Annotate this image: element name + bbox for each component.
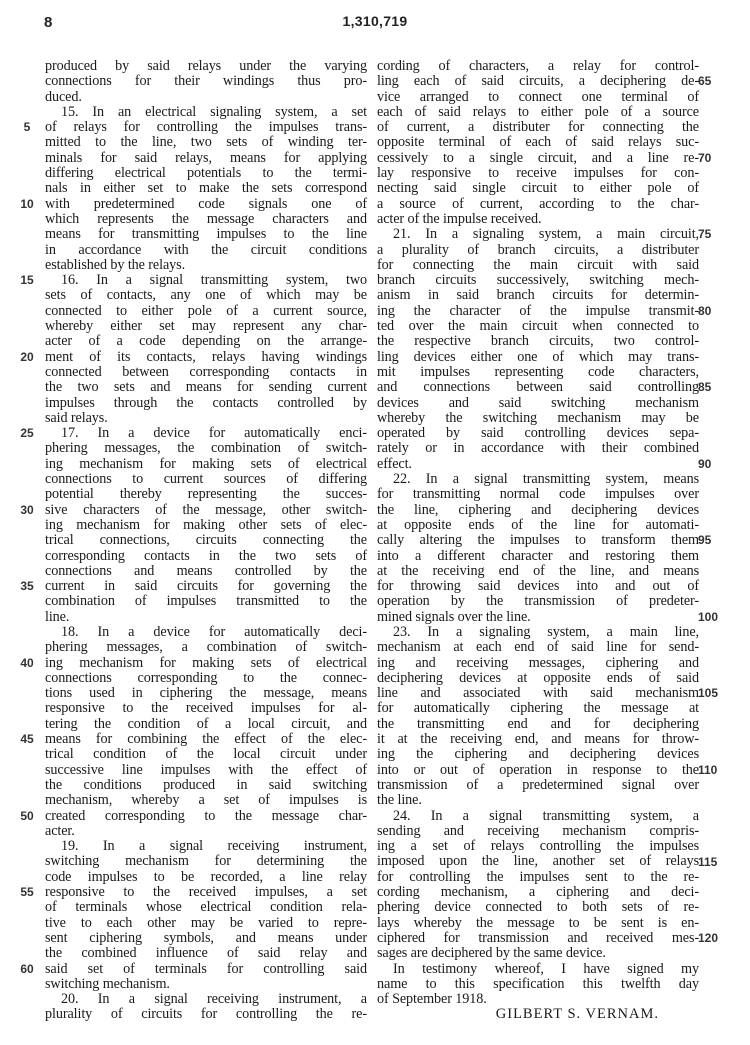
text-line: sets of contacts, any one of which may b… xyxy=(45,288,367,303)
text-line: ciphered for transmission and received m… xyxy=(377,931,699,946)
line-number: 25 xyxy=(16,426,38,441)
text-line: corresponding contacts in the two sets o… xyxy=(45,549,367,564)
line-number: 60 xyxy=(16,962,38,977)
text-line: for transmitting normal code impulses ov… xyxy=(377,487,699,502)
text-line: name to this specification this twelfth … xyxy=(377,977,699,992)
text-line: responsive to the received impulses for … xyxy=(45,701,367,716)
text-line: code impulses to be recorded, a line rel… xyxy=(45,870,367,885)
line-number: 65 xyxy=(698,74,728,89)
text-line: ing mechanism for making other sets of e… xyxy=(45,518,367,533)
text-line: cording mechanism, a ciphering and deci- xyxy=(377,885,699,900)
left-column: produced by said relays under the varyin… xyxy=(45,59,367,1023)
text-line: differing electrical potentials to the t… xyxy=(45,166,367,181)
text-line: vice arranged to connect one terminal of xyxy=(377,90,699,105)
text-line: mechanism, whereby a set of impulses is xyxy=(45,793,367,808)
text-line: 19. In a signal receiving instrument, xyxy=(45,839,367,854)
line-number: 100 xyxy=(698,610,728,625)
text-line: said set of terminals for controlling sa… xyxy=(45,962,367,977)
text-line: it at the receiving end, and means for t… xyxy=(377,732,699,747)
line-number: 45 xyxy=(16,732,38,747)
line-number: 5 xyxy=(16,120,38,135)
text-line: mitted to the line, two sets of winding … xyxy=(45,135,367,150)
text-line: 22. In a signal transmitting system, mea… xyxy=(377,472,699,487)
text-line: the line, ciphering and deciphering devi… xyxy=(377,503,699,518)
text-line: impulses through the contacts controlled… xyxy=(45,396,367,411)
text-line: into or out of operation in response to … xyxy=(377,763,699,778)
text-line: 24. In a signal transmitting system, a xyxy=(377,809,699,824)
text-line: the combined influence of said relay and xyxy=(45,946,367,961)
text-line: of September 1918. xyxy=(377,992,699,1007)
text-line: cording of characters, a relay for contr… xyxy=(377,59,699,74)
text-line: anism in said branch circuits for determ… xyxy=(377,288,699,303)
line-number: 15 xyxy=(16,273,38,288)
right-column: cording of characters, a relay for contr… xyxy=(377,59,699,1023)
line-number: 20 xyxy=(16,350,38,365)
text-line: ment of its contacts, relays having wind… xyxy=(45,350,367,365)
line-number: 120 xyxy=(698,931,728,946)
text-line: with predetermined code signals one of xyxy=(45,197,367,212)
text-line: the respective branch circuits, two cont… xyxy=(377,334,699,349)
text-line: connections to current sources of differ… xyxy=(45,472,367,487)
text-line: operation by the transmission of predete… xyxy=(377,594,699,609)
text-line: In testimony whereof, I have signed my xyxy=(377,962,699,977)
text-line: tering the condition of a local circuit,… xyxy=(45,717,367,732)
text-line: line and associated with said mechanism xyxy=(377,686,699,701)
text-line: nals in either set to make the sets corr… xyxy=(45,181,367,196)
text-line: of relays for controlling the impulses t… xyxy=(45,120,367,135)
signature: GILBERT S. VERNAM. xyxy=(377,1007,699,1022)
line-number: 10 xyxy=(16,197,38,212)
text-line: for throwing said devices into and out o… xyxy=(377,579,699,594)
line-number: 75 xyxy=(698,227,728,242)
line-number: 40 xyxy=(16,656,38,671)
text-line: opposite terminal of each of said relays… xyxy=(377,135,699,150)
line-number: 90 xyxy=(698,457,728,472)
text-line: sending and receiving mechanism compris- xyxy=(377,824,699,839)
text-line: rately or in accordance with their combi… xyxy=(377,441,699,456)
text-line: effect. xyxy=(377,457,699,472)
text-line: cessively to a single circuit, and a lin… xyxy=(377,151,699,166)
text-line: the line. xyxy=(377,793,699,808)
line-number: 50 xyxy=(16,809,38,824)
line-number: 70 xyxy=(698,151,728,166)
text-line: established by the relays. xyxy=(45,258,367,273)
line-number: 105 xyxy=(698,686,728,701)
text-line: in accordance with the circuit condition… xyxy=(45,243,367,258)
text-line: sive characters of the message, other sw… xyxy=(45,503,367,518)
text-line: branch circuits successively, switching … xyxy=(377,273,699,288)
text-line: connected to either pole of a current so… xyxy=(45,304,367,319)
text-line: duced. xyxy=(45,90,367,105)
text-line: said relays. xyxy=(45,411,367,426)
text-line: transmission of a predetermined signal o… xyxy=(377,778,699,793)
text-line: the transmitting end and for deciphering xyxy=(377,717,699,732)
text-line: phering messages, the combination of swi… xyxy=(45,441,367,456)
text-line: ing and receiving messages, ciphering an… xyxy=(377,656,699,671)
text-line: operated by said controlling devices sep… xyxy=(377,426,699,441)
text-line: means for combining the effect of the el… xyxy=(45,732,367,747)
text-line: 18. In a device for automatically deci- xyxy=(45,625,367,640)
line-number: 35 xyxy=(16,579,38,594)
text-line: 20. In a signal receiving instrument, a xyxy=(45,992,367,1007)
text-line: connections corresponding to the connec- xyxy=(45,671,367,686)
text-line: trical condition of the local circuit un… xyxy=(45,747,367,762)
line-number: 80 xyxy=(698,304,728,319)
text-line: acter of a code depending on the arrange… xyxy=(45,334,367,349)
text-line: deciphering devices at opposite ends of … xyxy=(377,671,699,686)
text-line: at opposite ends of the line for automat… xyxy=(377,518,699,533)
text-line: sent ciphering symbols, and means under xyxy=(45,931,367,946)
line-number: 30 xyxy=(16,503,38,518)
text-line: a source of current, according to the ch… xyxy=(377,197,699,212)
text-line: switching mechanism for determining the xyxy=(45,854,367,869)
text-line: phering messages, a combination of switc… xyxy=(45,640,367,655)
text-line: successive line impulses with the effect… xyxy=(45,763,367,778)
text-line: ing a set of relays controlling the impu… xyxy=(377,839,699,854)
text-line: cally altering the impulses to transform… xyxy=(377,533,699,548)
patent-number: 1,310,719 xyxy=(0,13,750,29)
text-line: combination of impulses transmitted to t… xyxy=(45,594,367,609)
text-line: mined signals over the line. xyxy=(377,610,699,625)
text-line: 15. In an electrical signaling system, a… xyxy=(45,105,367,120)
text-line: 17. In a device for automatically enci- xyxy=(45,426,367,441)
text-line: for controlling the impulses sent to the… xyxy=(377,870,699,885)
text-line: responsive to the received impulses, a s… xyxy=(45,885,367,900)
text-line: tive to each other may be varied to repr… xyxy=(45,916,367,931)
text-line: whereby the switching mechanism may be xyxy=(377,411,699,426)
line-number: 95 xyxy=(698,533,728,548)
text-line: for automatically ciphering the message … xyxy=(377,701,699,716)
text-line: the conditions produced in said switchin… xyxy=(45,778,367,793)
text-line: ling devices either one of which may tra… xyxy=(377,350,699,365)
text-line: for connecting the main circuit with sai… xyxy=(377,258,699,273)
text-line: of current, a distributer for connecting… xyxy=(377,120,699,135)
text-line: ing mechanism for making sets of electri… xyxy=(45,457,367,472)
text-line: ing mechanism for making sets of electri… xyxy=(45,656,367,671)
text-line: into a different character and restoring… xyxy=(377,549,699,564)
text-line: 21. In a signaling system, a main circui… xyxy=(377,227,699,242)
text-line: imposed upon the line, another set of re… xyxy=(377,854,699,869)
text-line: connections for their windings thus pro- xyxy=(45,74,367,89)
text-line: 23. In a signaling system, a main line, xyxy=(377,625,699,640)
text-line: and connections between said controlling xyxy=(377,380,699,395)
text-line: connected between corresponding contacts… xyxy=(45,365,367,380)
text-line: devices and said switching mechanism xyxy=(377,396,699,411)
text-line: necting said single circuit to either po… xyxy=(377,181,699,196)
text-line: 16. In a signal transmitting system, two xyxy=(45,273,367,288)
text-line: of terminals whose electrical condition … xyxy=(45,900,367,915)
text-line: ted over the main circuit when connected… xyxy=(377,319,699,334)
text-line: phering device connected to both sets of… xyxy=(377,900,699,915)
text-line: the two sets and means for sending curre… xyxy=(45,380,367,395)
text-line: means for transmitting impulses to the l… xyxy=(45,227,367,242)
line-number: 55 xyxy=(16,885,38,900)
text-line: whereby either set may represent any cha… xyxy=(45,319,367,334)
text-line: acter of the impulse received. xyxy=(377,212,699,227)
text-line: which represents the message characters … xyxy=(45,212,367,227)
text-line: lays whereby the message to be sent is e… xyxy=(377,916,699,931)
line-number: 115 xyxy=(698,855,728,870)
text-line: trical connections, circuits connecting … xyxy=(45,533,367,548)
text-line: line. xyxy=(45,610,367,625)
text-line: plurality of circuits for controlling th… xyxy=(45,1007,367,1022)
text-line: minals for said relays, means for applyi… xyxy=(45,151,367,166)
line-number: 85 xyxy=(698,380,728,395)
text-line: created corresponding to the message cha… xyxy=(45,809,367,824)
text-line: tions used in ciphering the message, mea… xyxy=(45,686,367,701)
text-line: switching mechanism. xyxy=(45,977,367,992)
text-line: ling each of said circuits, a decipherin… xyxy=(377,74,699,89)
text-line: ing the character of the impulse transmi… xyxy=(377,304,699,319)
text-line: a plurality of branch circuits, a distri… xyxy=(377,243,699,258)
text-line: each of said relays to either pole of a … xyxy=(377,105,699,120)
text-line: potential thereby representing the succe… xyxy=(45,487,367,502)
text-line: lay responsive to receive impulses for c… xyxy=(377,166,699,181)
text-line: sages are deciphered by the same device. xyxy=(377,946,699,961)
text-line: produced by said relays under the varyin… xyxy=(45,59,367,74)
text-line: connections and means controlled by the xyxy=(45,564,367,579)
text-line: current in said circuits for governing t… xyxy=(45,579,367,594)
text-line: mit impulses representing code character… xyxy=(377,365,699,380)
text-line: mechanism at each end of said line for s… xyxy=(377,640,699,655)
text-line: acter. xyxy=(45,824,367,839)
text-line: ing the ciphering and deciphering device… xyxy=(377,747,699,762)
text-line: at the receiving end of the line, and me… xyxy=(377,564,699,579)
line-number: 110 xyxy=(698,763,728,778)
